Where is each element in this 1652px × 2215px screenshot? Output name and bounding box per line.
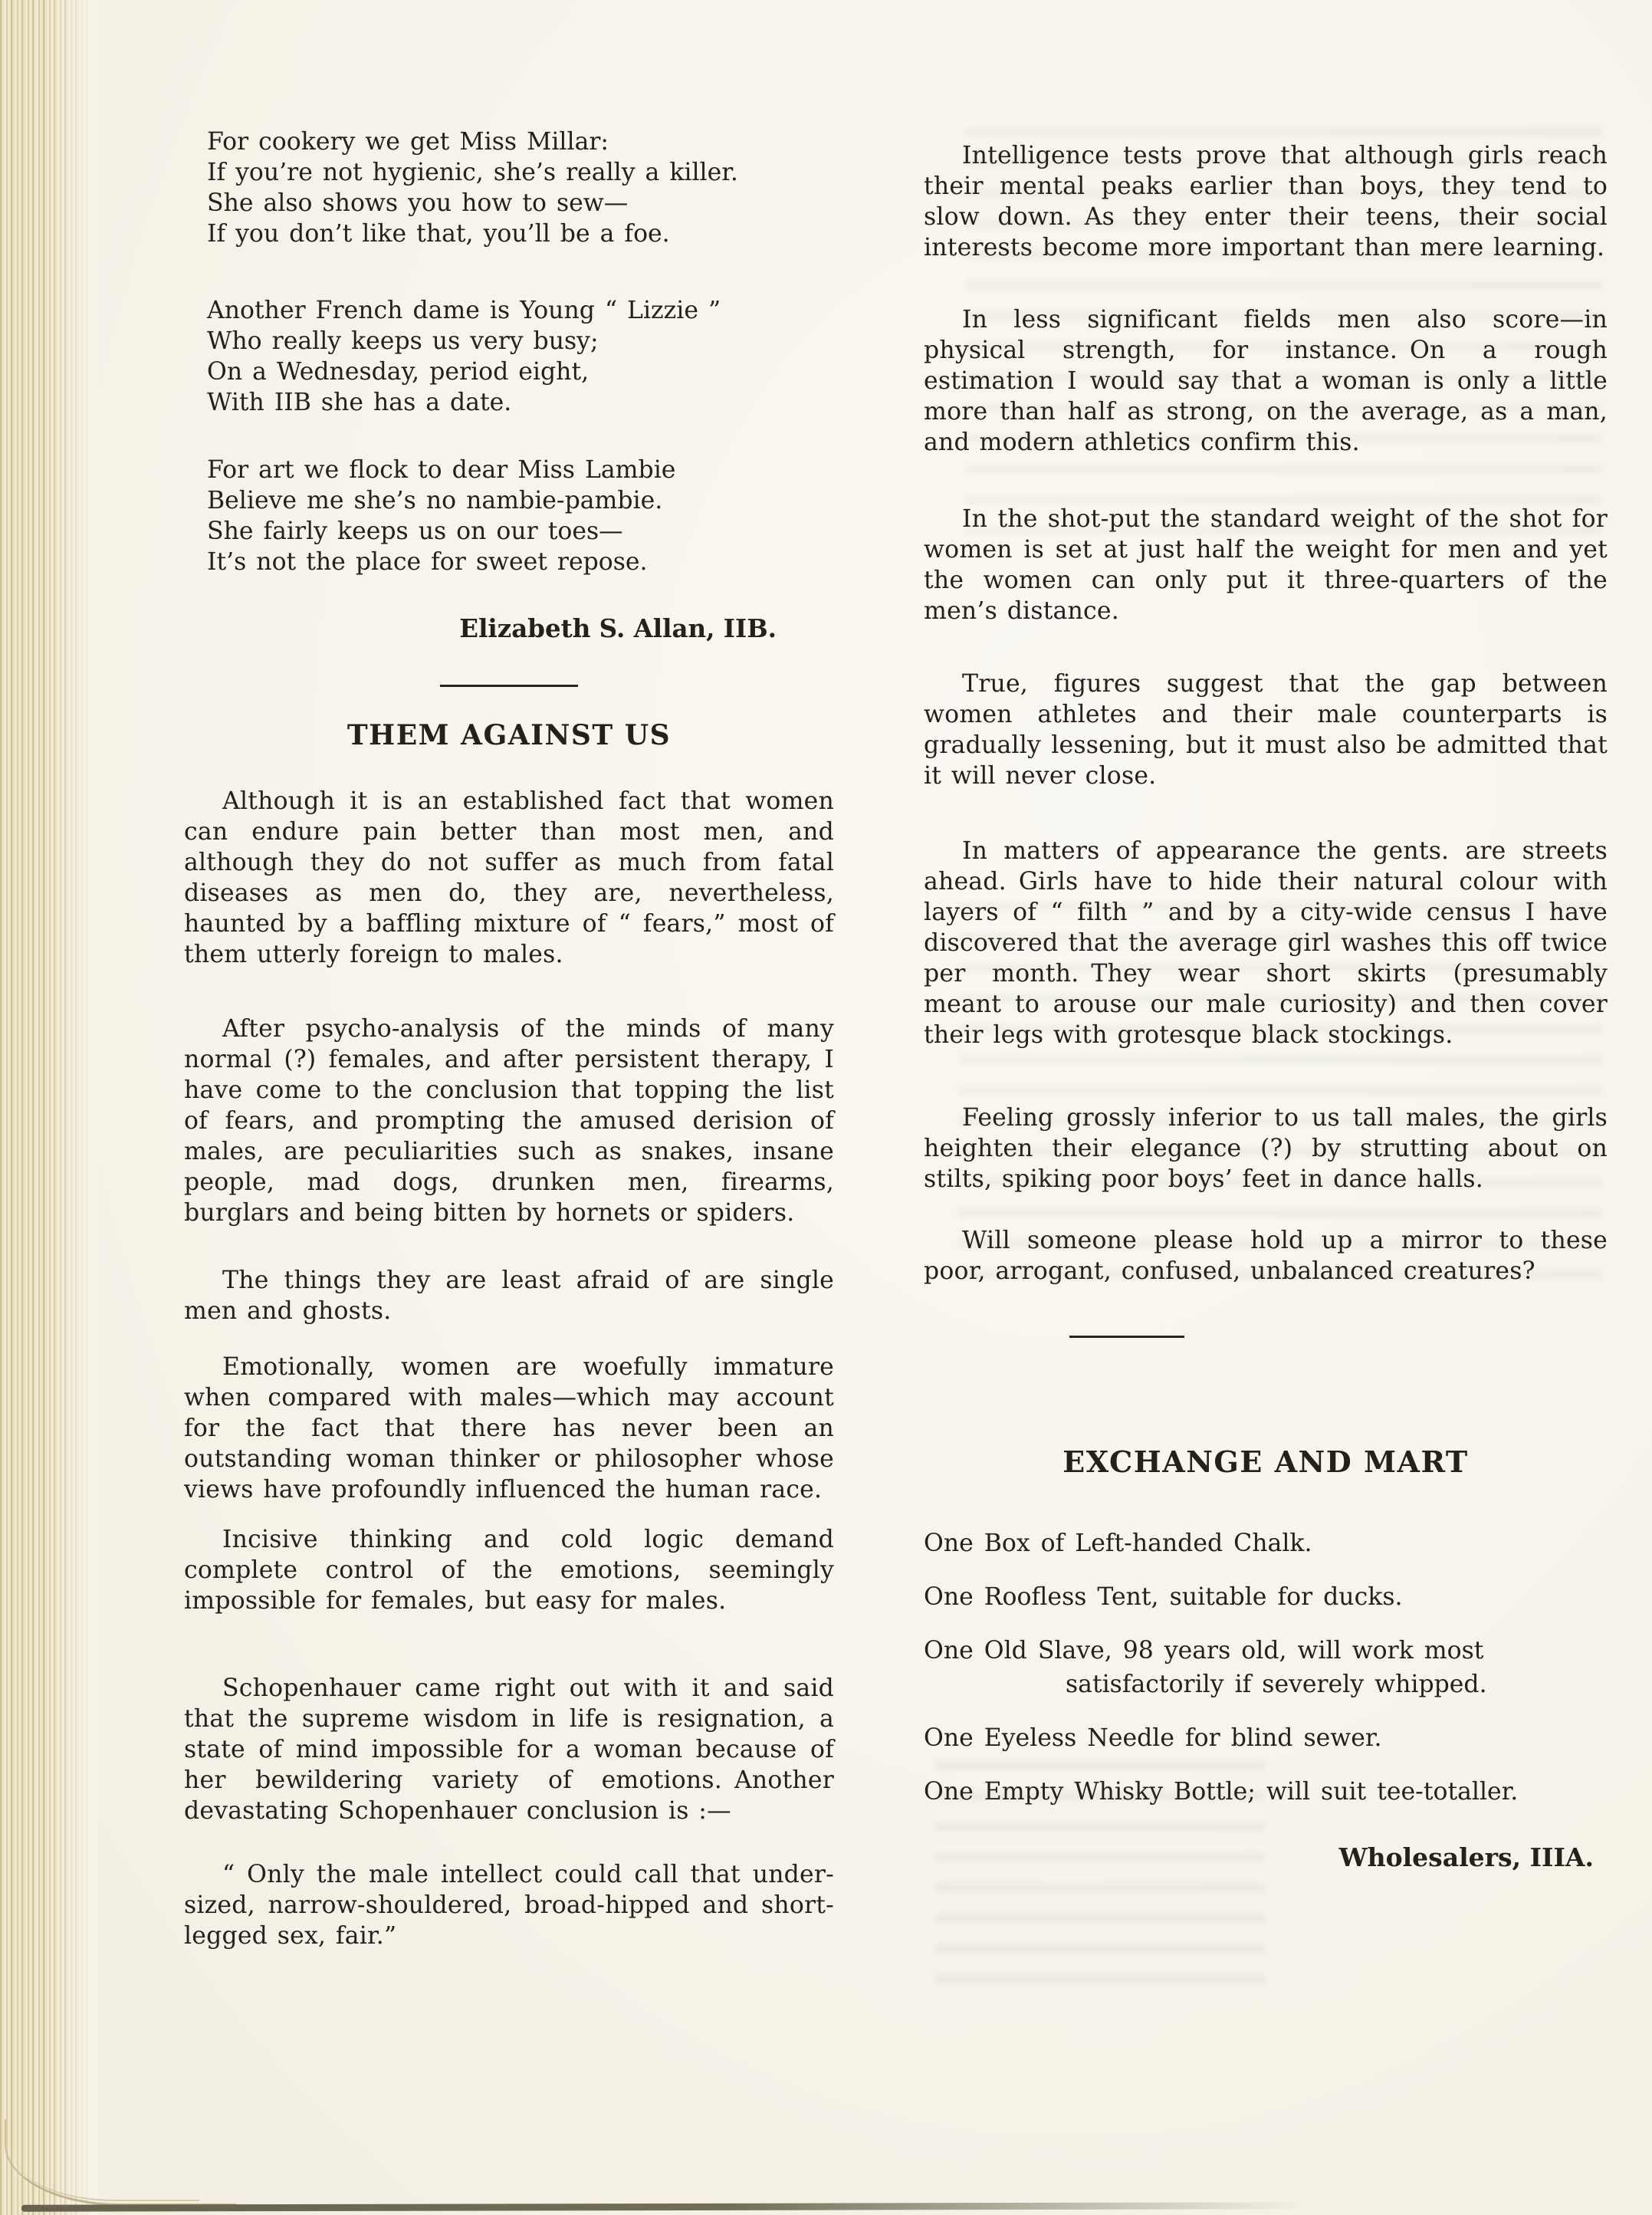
mart-author-signature: Wholesalers, IIIA.: [924, 1842, 1608, 1873]
section-divider: [1069, 1336, 1184, 1338]
poem-line: Believe me she’s no nambie-pambie.: [207, 485, 834, 516]
article-paragraph: Emotionally, women are woefully immature…: [184, 1352, 834, 1505]
article-paragraph: Will someone please hold up a mirror to …: [924, 1225, 1608, 1287]
article-paragraph: In less significant fields men also scor…: [924, 304, 1608, 458]
left-column: For cookery we get Miss Millar: If you’r…: [184, 127, 834, 1951]
article-paragraph: In matters of appearance the gents. are …: [924, 836, 1608, 1050]
article-paragraph: Although it is an established fact that …: [184, 786, 834, 970]
poem-line: On a Wednesday, period eight,: [207, 357, 834, 387]
article-paragraph: Incisive thinking and cold logic demand …: [184, 1524, 834, 1616]
article-paragraph: Feeling grossly inferior to us tall male…: [924, 1103, 1608, 1195]
mart-list-item: One Box of Left-handed Chalk.: [924, 1527, 1608, 1560]
mart-list-item: One Empty Whisky Bottle; will suit tee-t…: [924, 1775, 1608, 1809]
article-paragraph: In the shot-put the standard weight of t…: [924, 504, 1608, 626]
poem-line: For art we flock to dear Miss Lambie: [207, 455, 834, 485]
poem-stanza: Another French dame is Young “ Lizzie ” …: [184, 295, 834, 418]
section-divider: [440, 685, 578, 687]
poem-stanza: For cookery we get Miss Millar: If you’r…: [184, 127, 834, 249]
right-column: Intelligence tests prove that although g…: [924, 140, 1608, 1873]
poem-author-signature: Elizabeth S. Allan, IIB.: [184, 613, 834, 644]
article-title-exchange-and-mart: EXCHANGE AND MART: [924, 1445, 1608, 1479]
article-quote-paragraph: “ Only the male intellect could call tha…: [184, 1859, 834, 1951]
poem-line: If you’re not hygienic, she’s really a k…: [207, 157, 834, 188]
article-paragraph: The things they are least afraid of are …: [184, 1265, 834, 1326]
poem-line: She fairly keeps us on our toes—: [207, 516, 834, 547]
mart-list-item: One Old Slave, 98 years old, will work m…: [924, 1634, 1608, 1701]
book-page-edges: [0, 0, 98, 2215]
poem-line: With IIB she has a date.: [207, 387, 834, 418]
poem-stanza: For art we flock to dear Miss Lambie Bel…: [184, 455, 834, 577]
article-paragraph: True, figures suggest that the gap betwe…: [924, 669, 1608, 791]
poem-line: Who really keeps us very busy;: [207, 326, 834, 357]
poem-line: If you don’t like that, you’ll be a foe.: [207, 219, 834, 249]
article-paragraph: Schopenhauer came right out with it and …: [184, 1673, 834, 1826]
mart-list-item: One Eyeless Needle for blind sewer.: [924, 1721, 1608, 1755]
poem-line: Another French dame is Young “ Lizzie ”: [207, 295, 834, 326]
article-paragraph: Intelligence tests prove that although g…: [924, 140, 1608, 263]
mart-list: One Box of Left-handed Chalk. One Roofle…: [924, 1527, 1608, 1809]
poem: For cookery we get Miss Millar: If you’r…: [184, 127, 834, 577]
poem-line: For cookery we get Miss Millar:: [207, 127, 834, 157]
poem-line: She also shows you how to sew—: [207, 188, 834, 219]
article-paragraph: After psycho-analysis of the minds of ma…: [184, 1014, 834, 1228]
mart-list-item: One Roofless Tent, suitable for ducks.: [924, 1580, 1608, 1614]
article-title-them-against-us: THEM AGAINST US: [184, 719, 834, 751]
poem-line: It’s not the place for sweet repose.: [207, 547, 834, 577]
